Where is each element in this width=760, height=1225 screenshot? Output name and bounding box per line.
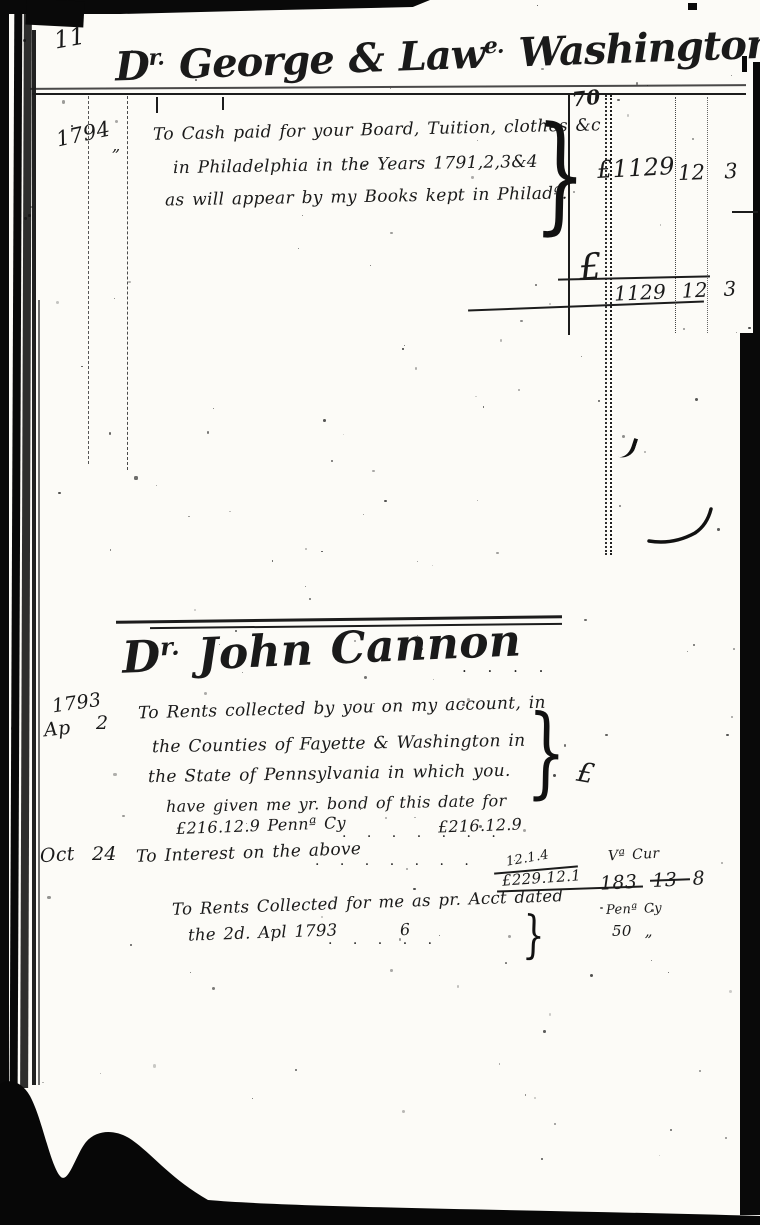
- column-rule-left: [127, 96, 128, 470]
- heading-law-sup: e.: [483, 33, 504, 60]
- scan-edge-bottom: [0, 1080, 760, 1225]
- binding-stripe: [32, 30, 36, 1085]
- scan-noise: [0, 0, 760, 1225]
- entry-day: 2: [96, 714, 108, 733]
- rule-tick: [156, 97, 158, 113]
- binding-stripe: [0, 0, 9, 1092]
- entry-brace: }: [522, 905, 546, 967]
- leader-dots: . . . .: [462, 660, 550, 675]
- currency-column-label: Penª Cy: [606, 902, 662, 917]
- scan-edge-right: [753, 62, 760, 335]
- amount-shillings-pence: 12 3: [678, 161, 739, 184]
- entry-month: Ap: [43, 719, 71, 741]
- heading-dr-sup: r.: [148, 44, 164, 71]
- amount-pounds: £1129: [596, 154, 675, 182]
- ditto-mark: „: [112, 138, 121, 154]
- column-rule-left: [88, 96, 89, 464]
- heading-dr-sup: r.: [160, 632, 181, 662]
- leader-dots: . . . . .: [328, 933, 439, 947]
- total-currency-symbol: £: [578, 249, 604, 287]
- leader-dots: . . . . . . .: [315, 854, 476, 868]
- ink-stray-mark: 6: [399, 921, 411, 938]
- entry-brace: }: [533, 100, 588, 250]
- scan-fleck: [688, 3, 697, 10]
- entry-month: Oct: [39, 845, 75, 866]
- rule-tick: [222, 97, 224, 110]
- currency-column-label: Vª Cur: [608, 847, 660, 864]
- ledger-page-scan: 11 Dr. George & Lawe. Washington 70 1794…: [0, 0, 760, 1225]
- heading-dr: D: [114, 42, 149, 90]
- heading-dr: D: [121, 631, 162, 684]
- total-figures: 1129 12 3: [614, 278, 737, 303]
- margin-dash: [732, 211, 758, 213]
- entry-day: 24: [92, 845, 117, 864]
- binding-stripe: [38, 300, 40, 1085]
- heading-surname: Washington: [518, 21, 760, 77]
- currency-column-value: 183 13 8: [600, 869, 706, 893]
- ink-stray-mark: [645, 505, 717, 547]
- entry-amount: £216.12.9: [438, 817, 523, 836]
- currency-column-value: 50 „: [612, 924, 653, 939]
- page-number: 11: [52, 23, 87, 52]
- heading-rule: [32, 93, 746, 95]
- entry-brace: }: [525, 692, 567, 811]
